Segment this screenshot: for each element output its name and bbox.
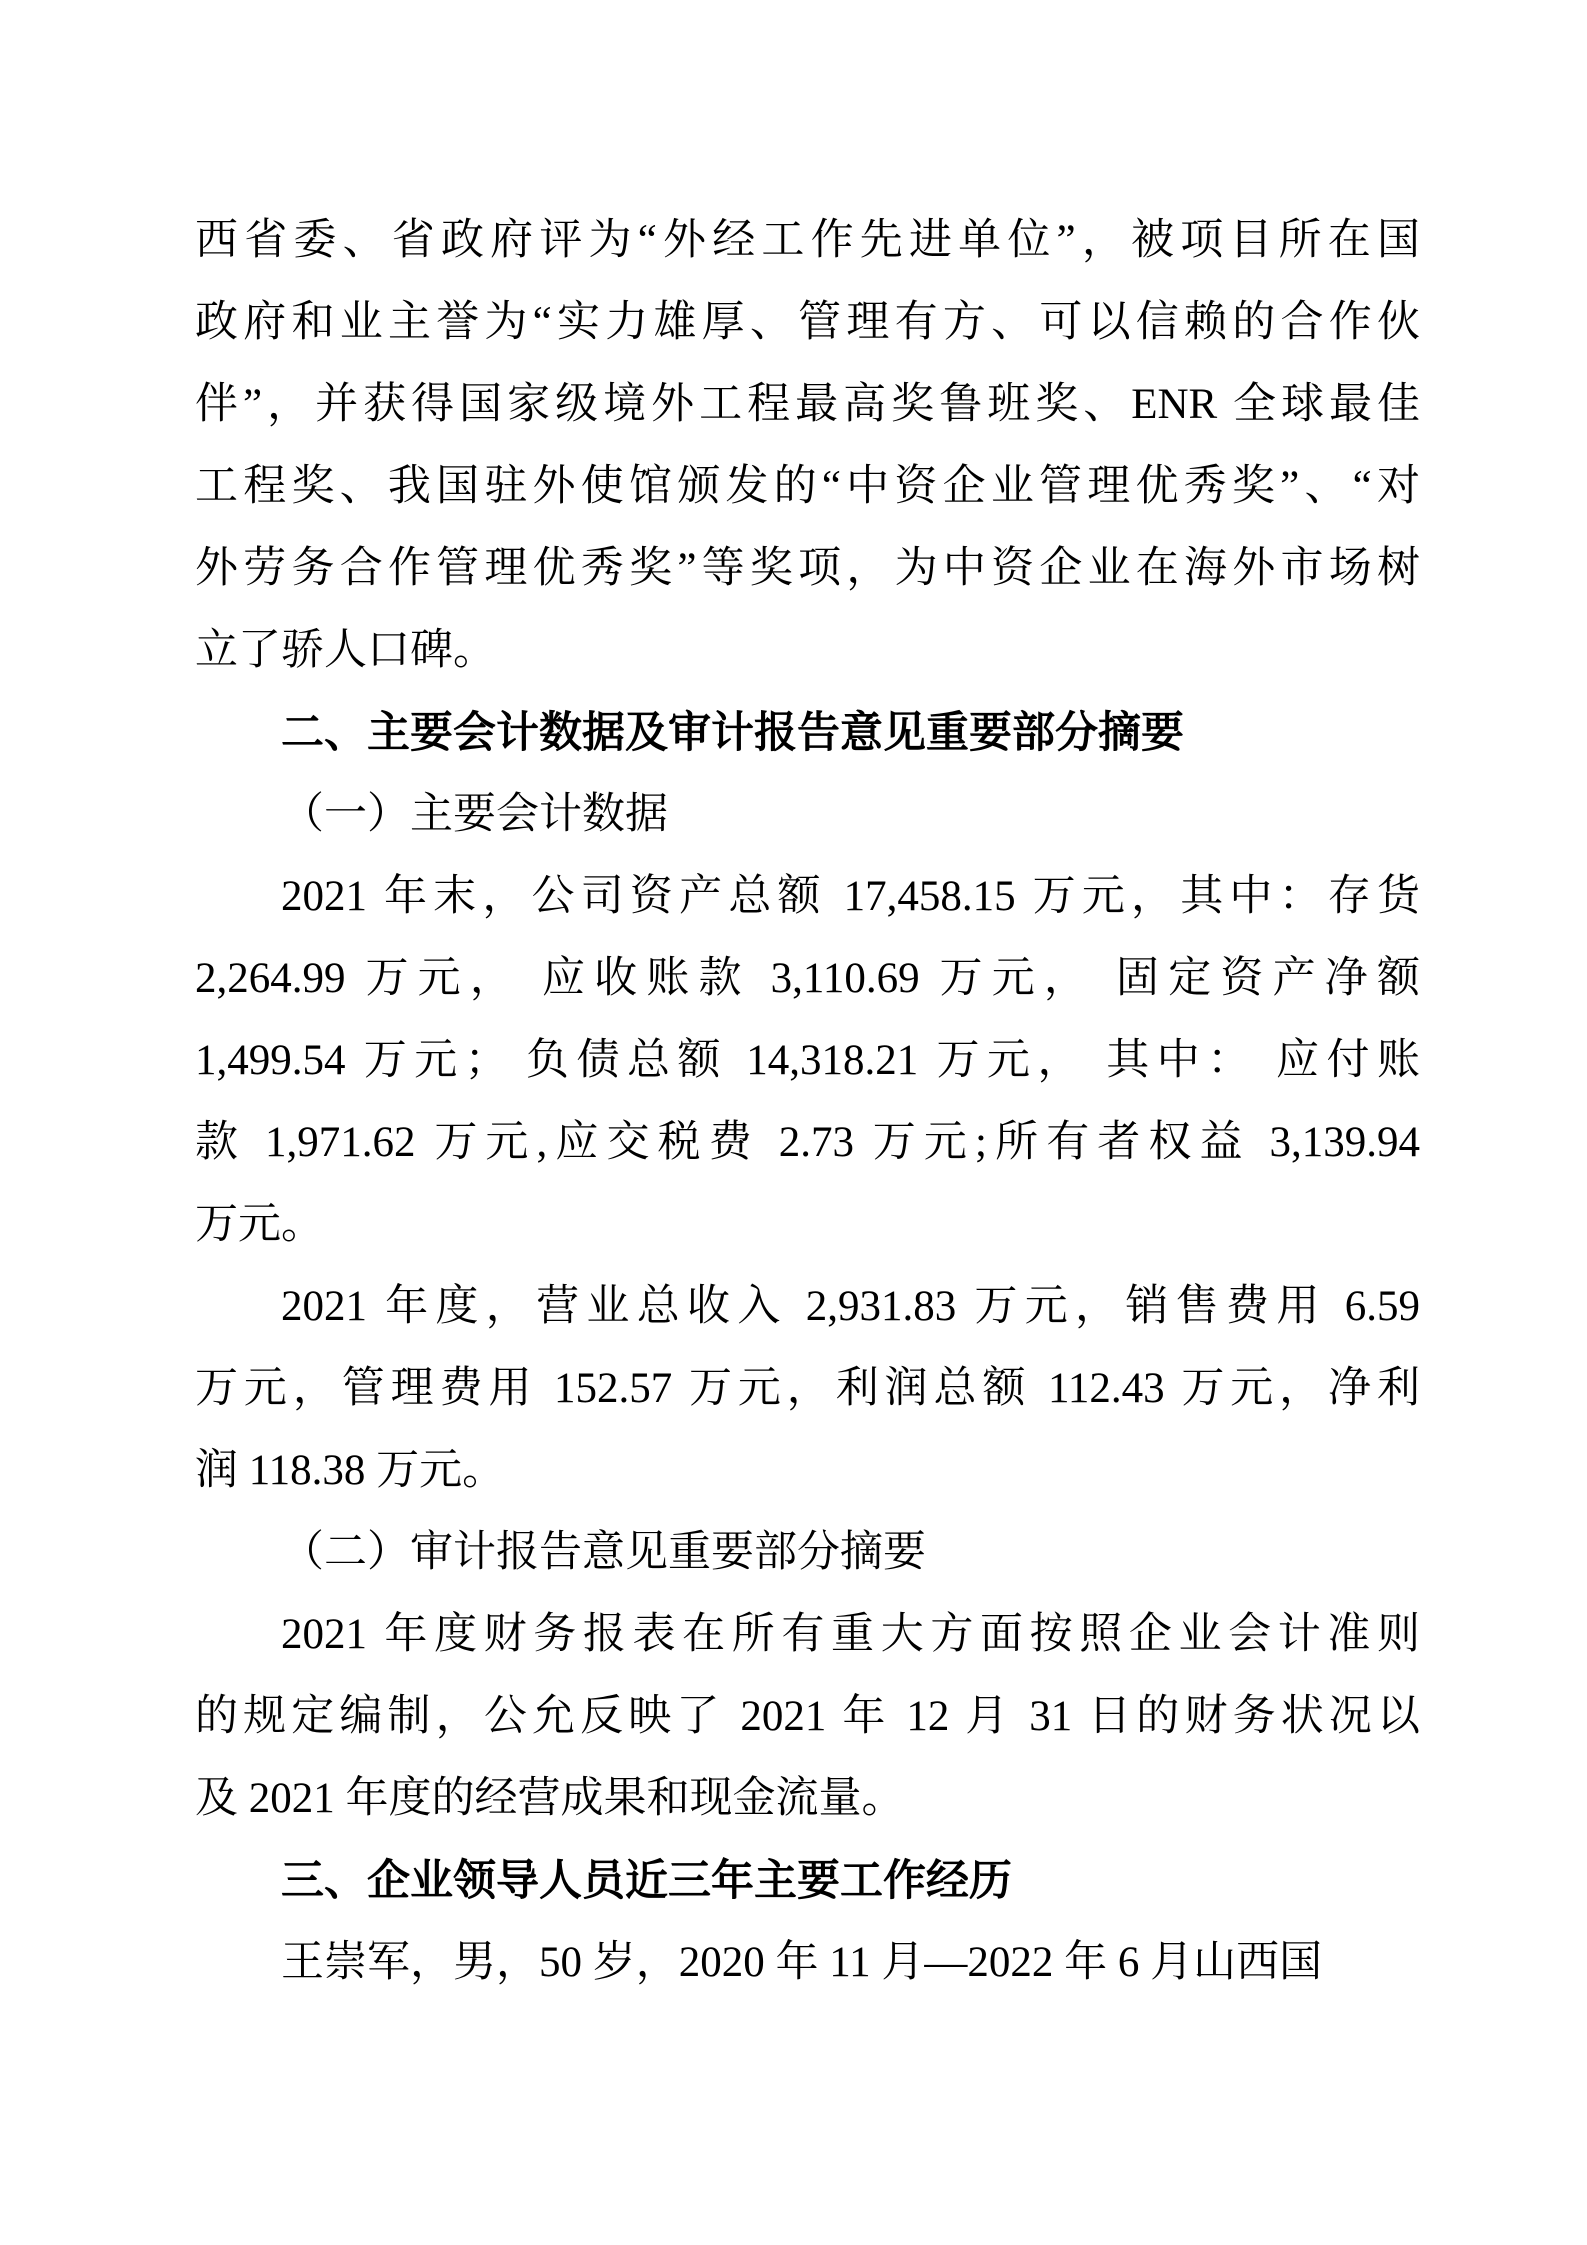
body-line: 款 1,971.62 万元,应交税费 2.73 万元;所有者权益 3,139.9… <box>195 1102 1420 1184</box>
body-line: 的规定编制，公允反映了 2021 年 12 月 31 日的财务状况以 <box>195 1676 1420 1758</box>
body-line: 工程奖、我国驻外使馆颁发的“中资企业管理优秀奖”、“对 <box>195 446 1420 528</box>
body-line: 王崇军，男，50 岁，2020 年 11 月—2022 年 6 月山西国 <box>195 1922 1420 2004</box>
body-line: 万元，管理费用 152.57 万元，利润总额 112.43 万元，净利 <box>195 1348 1420 1430</box>
body-line: 2021 年度，营业总收入 2,931.83 万元，销售费用 6.59 <box>195 1266 1420 1348</box>
body-line: 2021 年末，公司资产总额 17,458.15 万元，其中：存货 <box>195 856 1420 938</box>
document-page: 西省委、省政府评为“外经工作先进单位”，被项目所在国 政府和业主誉为“实力雄厚、… <box>0 0 1587 2245</box>
body-line: 政府和业主誉为“实力雄厚、管理有方、可以信赖的合作伙 <box>195 282 1420 364</box>
body-line: 万元。 <box>195 1184 1420 1266</box>
body-line: 西省委、省政府评为“外经工作先进单位”，被项目所在国 <box>195 200 1420 282</box>
body-line: 外劳务合作管理优秀奖”等奖项，为中资企业在海外市场树 <box>195 528 1420 610</box>
section-2-heading: 二、主要会计数据及审计报告意见重要部分摘要 <box>195 692 1420 774</box>
body-line: 立了骄人口碑。 <box>195 610 1420 692</box>
body-line: 2,264.99 万元， 应收账款 3,110.69 万元， 固定资产净额 <box>195 938 1420 1020</box>
body-line: 1,499.54 万元； 负债总额 14,318.21 万元， 其中： 应付账 <box>195 1020 1420 1102</box>
body-line: 及 2021 年度的经营成果和现金流量。 <box>195 1758 1420 1840</box>
subsection-2-heading: （二）审计报告意见重要部分摘要 <box>195 1512 1420 1594</box>
subsection-1-heading: （一）主要会计数据 <box>195 774 1420 856</box>
body-line: 伴”，并获得国家级境外工程最高奖鲁班奖、ENR 全球最佳 <box>195 364 1420 446</box>
body-line: 2021 年度财务报表在所有重大方面按照企业会计准则 <box>195 1594 1420 1676</box>
section-3-heading: 三、企业领导人员近三年主要工作经历 <box>195 1840 1420 1922</box>
body-line: 润 118.38 万元。 <box>195 1430 1420 1512</box>
